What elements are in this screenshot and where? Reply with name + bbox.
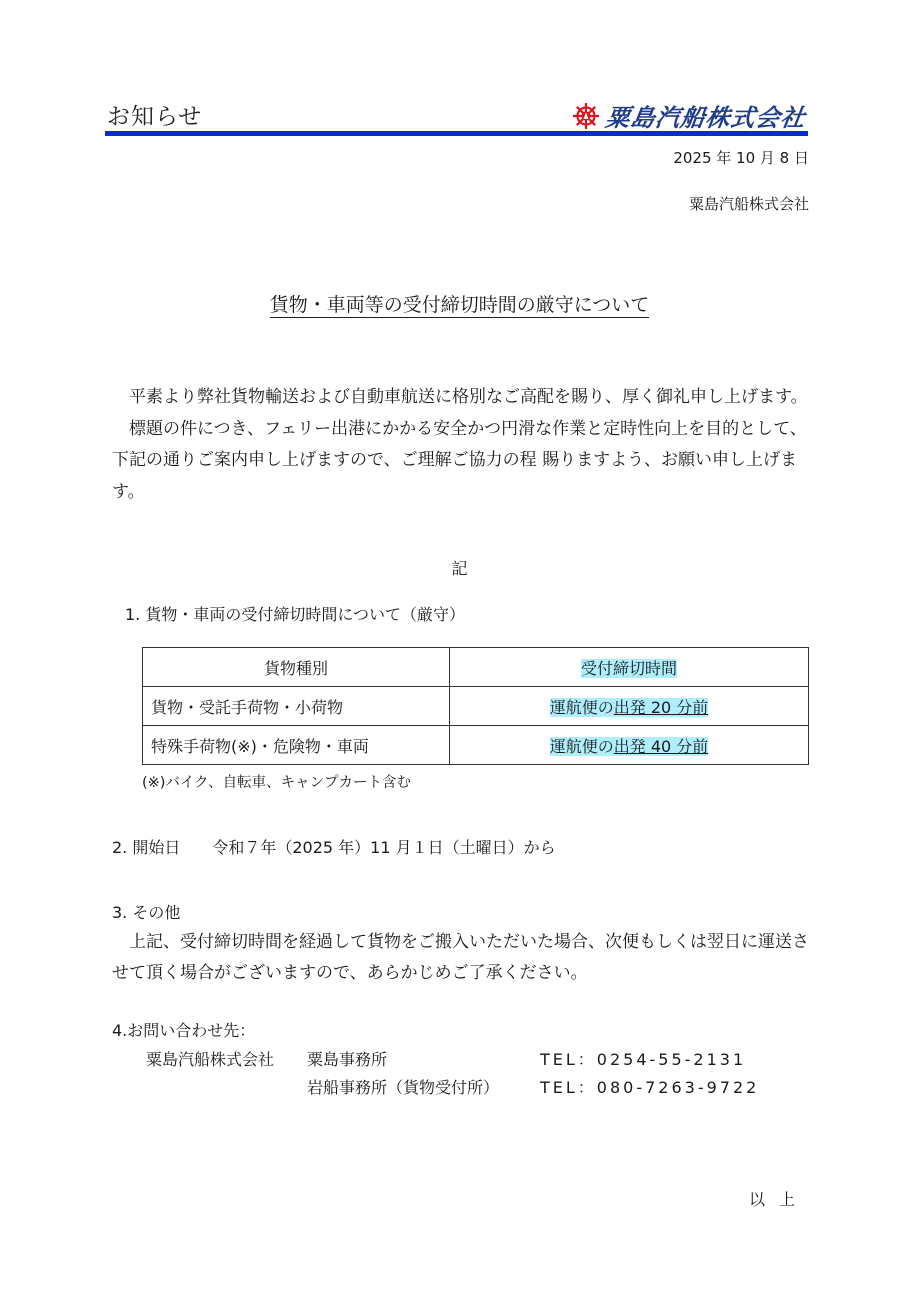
contact-tel-iwafune: TEL：080-7263-9722 <box>540 1075 759 1098</box>
document-title-text: 貨物・車両等の受付締切時間の厳守について <box>270 294 650 318</box>
contact-tel-awashima: TEL：0254-55-2131 <box>540 1047 746 1070</box>
cutoff-time-cell: 運航便の出発 20 分前 <box>450 687 809 726</box>
cargo-type-cell: 貨物・受託手荷物・小荷物 <box>143 687 450 726</box>
cargo-type-cell: 特殊手荷物(※)・危険物・車両 <box>143 726 450 765</box>
document-header: お知らせ 粟島汽船株式会社 <box>105 96 808 136</box>
notice-document: お知らせ 粟島汽船株式会社 2025 年 10 月 8 日 粟島汽船株式会社 貨… <box>0 0 919 1300</box>
contact-office-iwafune: 岩船事務所（貨物受付所） <box>307 1075 499 1098</box>
table-header-row: 貨物種別 受付締切時間 <box>143 648 809 687</box>
header-cutoff-time: 受付締切時間 <box>450 648 809 687</box>
ship-wheel-icon <box>572 102 600 130</box>
cutoff-prefix: 運航便の <box>550 698 614 717</box>
section-3-body: 上記、受付締切時間を経過して貨物をご搬入いただいた場合、次便もしくは翌日に運送さ… <box>112 927 812 989</box>
cutoff-time-table: 貨物種別 受付締切時間 貨物・受託手荷物・小荷物 運航便の出発 20 分前 特殊… <box>142 647 809 765</box>
intro-paragraph-1: 平素より弊社貨物輸送および自動車航送に格別なご高配を賜り、厚く御礼申し上げます。 <box>112 382 812 414</box>
closing-mark: 以上 <box>749 1187 809 1210</box>
cutoff-time-cell: 運航便の出発 40 分前 <box>450 726 809 765</box>
cutoff-deadline: 出発 20 分前 <box>614 698 709 717</box>
table-footnote: (※)バイク、自転車、キャンプカート含む <box>142 771 411 792</box>
table-row: 貨物・受託手荷物・小荷物 運航便の出発 20 分前 <box>143 687 809 726</box>
sender-name: 粟島汽船株式会社 <box>689 193 809 214</box>
cutoff-prefix: 運航便の <box>550 737 614 756</box>
company-logo-text: 粟島汽船株式会社 <box>604 98 809 133</box>
header-cargo-type-label: 貨物種別 <box>264 659 328 678</box>
issue-date: 2025 年 10 月 8 日 <box>673 147 809 168</box>
ki-marker: 記 <box>0 556 919 579</box>
company-logo: 粟島汽船株式会社 <box>572 98 806 133</box>
section-4-heading: 4.お問い合わせ先： <box>112 1018 255 1041</box>
cutoff-time-value: 運航便の出発 20 分前 <box>550 698 709 717</box>
section-3-heading: 3. その他 <box>112 900 180 923</box>
contact-company: 粟島汽船株式会社 <box>146 1047 274 1070</box>
table-row: 特殊手荷物(※)・危険物・車両 運航便の出発 40 分前 <box>143 726 809 765</box>
header-cutoff-time-label: 受付締切時間 <box>581 659 677 678</box>
section-2-start-date: 2. 開始日 令和７年（2025 年）11 月１日（土曜日）から <box>112 835 556 858</box>
intro-paragraph-2: 標題の件につき、フェリー出港にかかる安全かつ円滑な作業と定時性向上を目的として、… <box>112 414 812 509</box>
contact-office-awashima: 粟島事務所 <box>307 1047 387 1070</box>
section-1-heading: 1. 貨物・車両の受付締切時間について（厳守） <box>125 602 465 625</box>
cutoff-time-value: 運航便の出発 40 分前 <box>550 737 709 756</box>
intro-text: 平素より弊社貨物輸送および自動車航送に格別なご高配を賜り、厚く御礼申し上げます。… <box>112 382 812 508</box>
notice-label: お知らせ <box>107 98 202 131</box>
cutoff-deadline: 出発 40 分前 <box>614 737 709 756</box>
document-title: 貨物・車両等の受付締切時間の厳守について <box>0 290 919 317</box>
header-divider <box>105 131 808 136</box>
header-cargo-type: 貨物種別 <box>143 648 450 687</box>
